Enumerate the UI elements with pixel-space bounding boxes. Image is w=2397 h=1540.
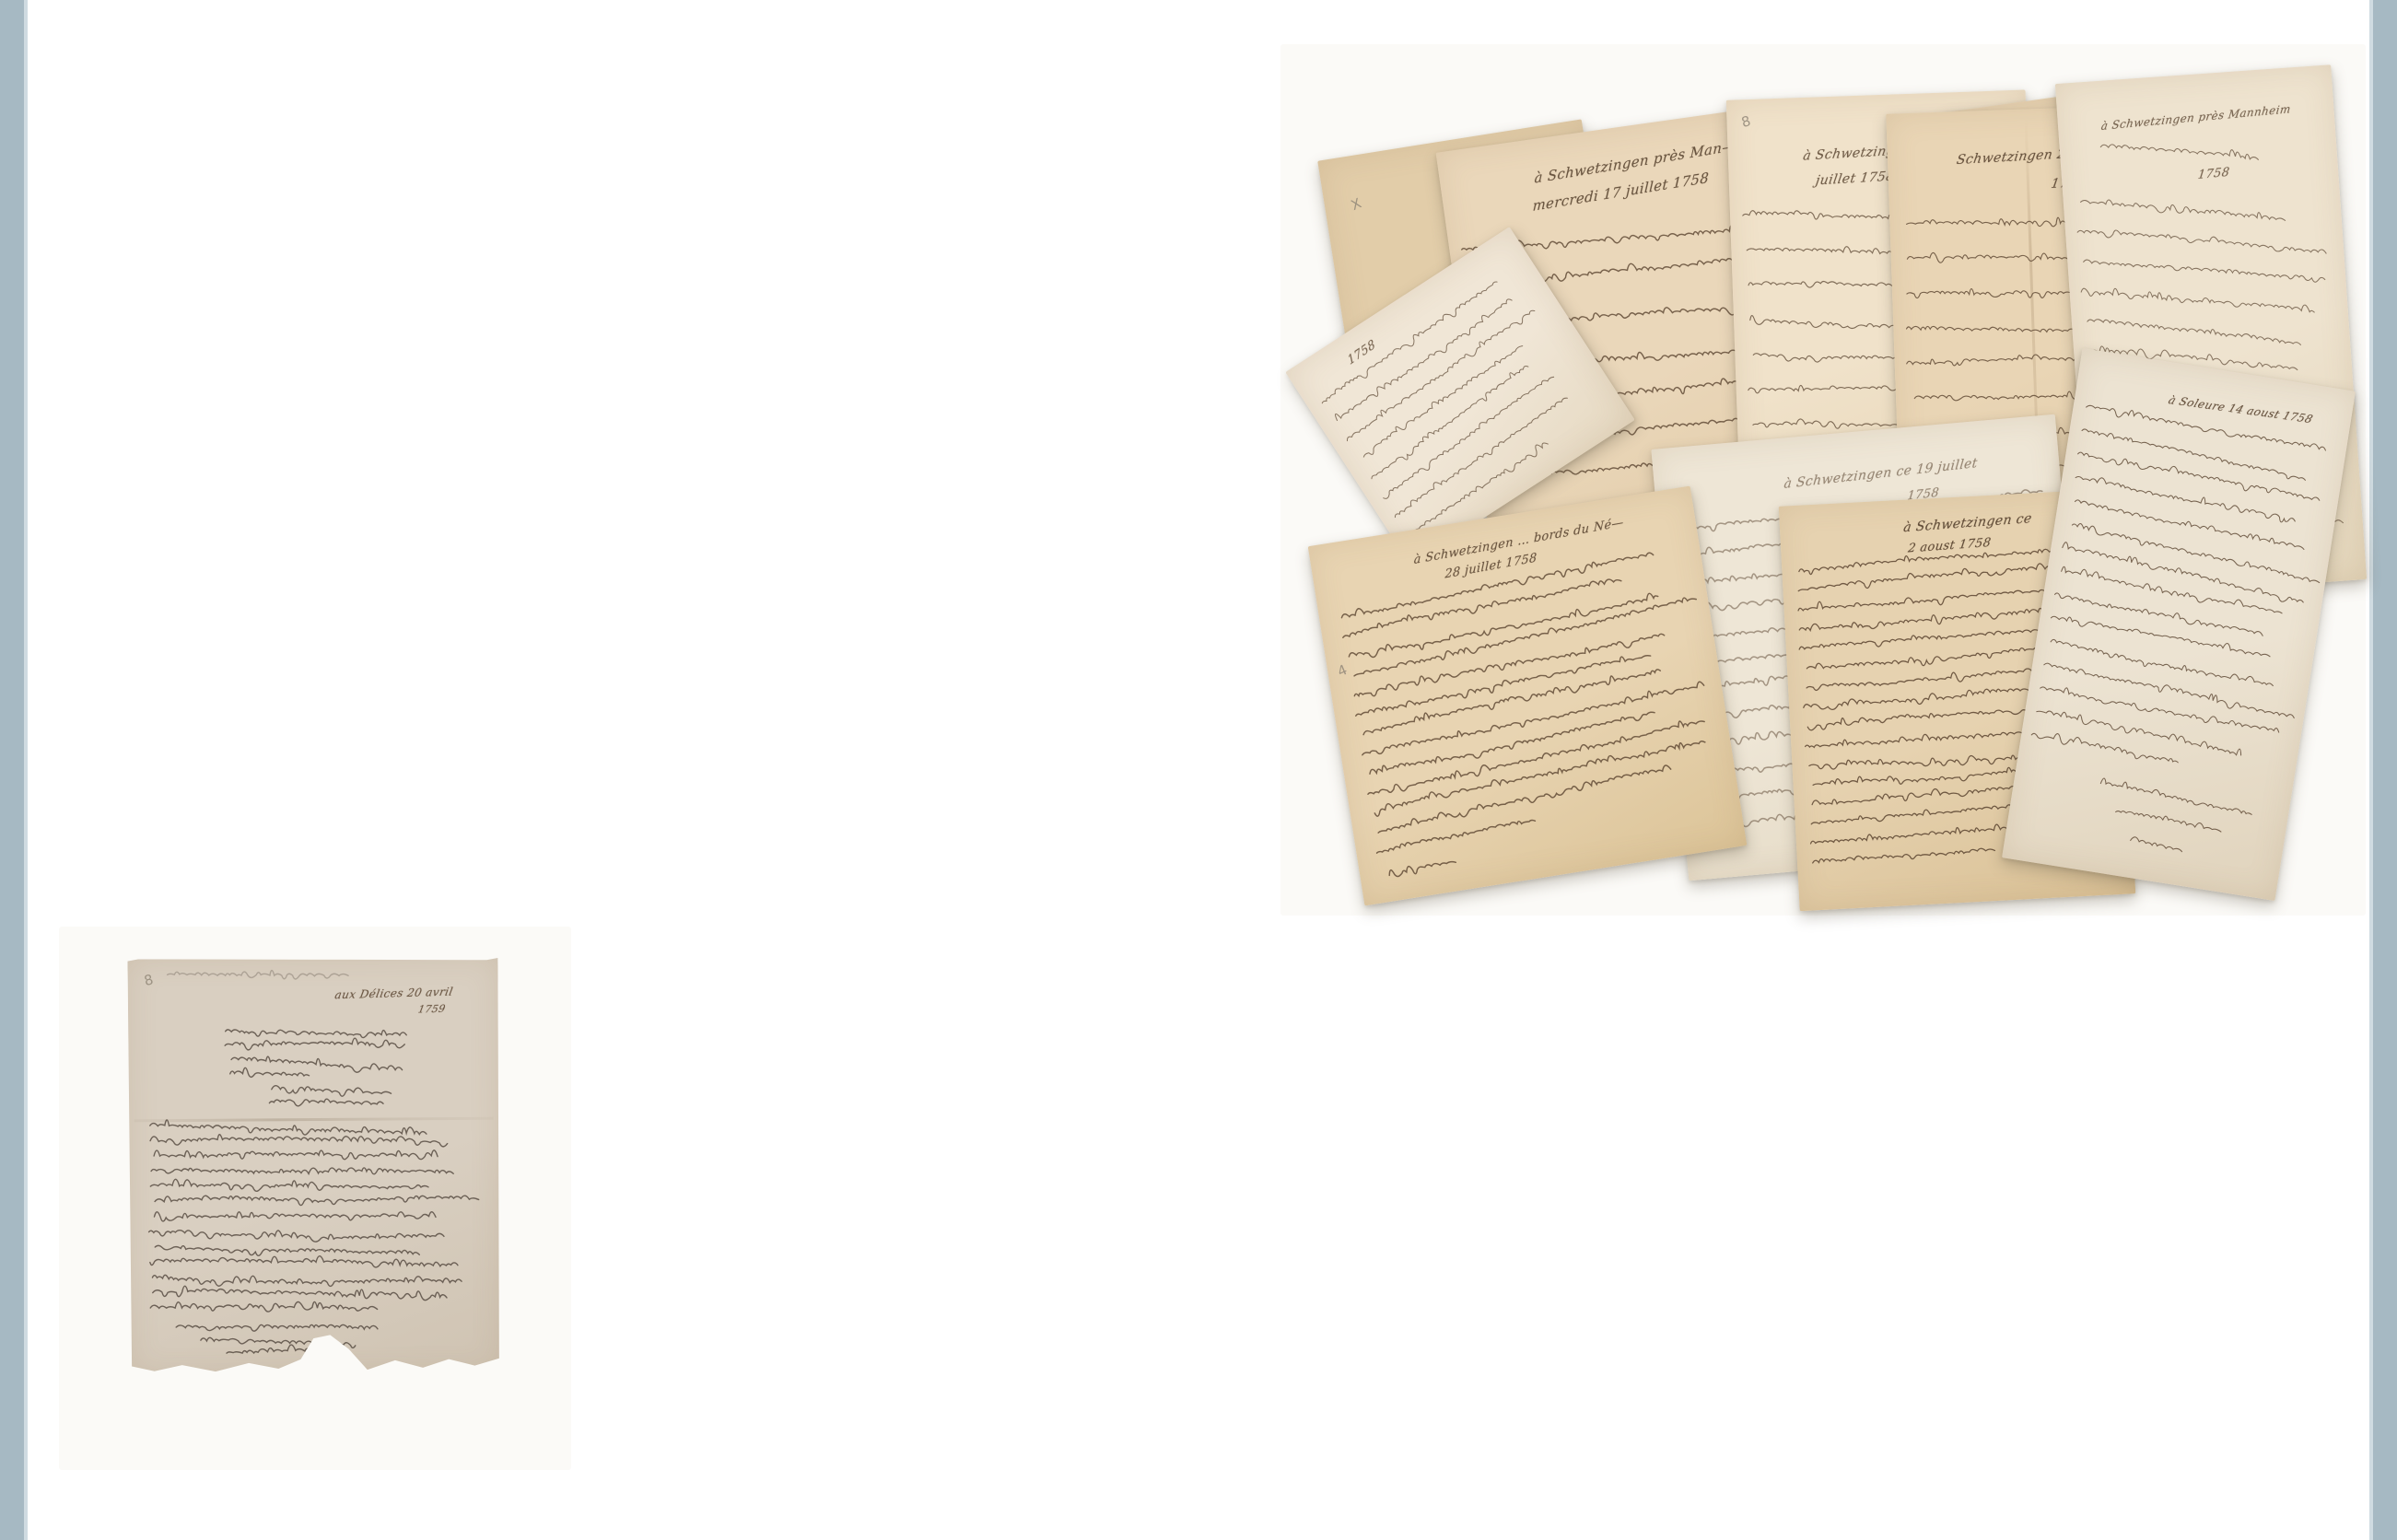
handwriting-lines: [127, 957, 500, 1376]
left-edge-bar: [0, 0, 28, 1540]
catalog-page: Xà Schwetzingen près Man—mercredi 17 jui…: [0, 0, 2397, 1540]
manuscript-sheet-schwetzingen-bords-du-neckar: 4à Schwetzingen … bords du Né—28 juillet…: [1308, 486, 1748, 906]
manuscript-sheet-delices-letter: 8aux Délices 20 avril1759: [127, 957, 500, 1376]
pencil-mark: X: [1349, 195, 1363, 215]
right-edge-bar: [2369, 0, 2397, 1540]
handwriting-lines: [1308, 486, 1748, 906]
